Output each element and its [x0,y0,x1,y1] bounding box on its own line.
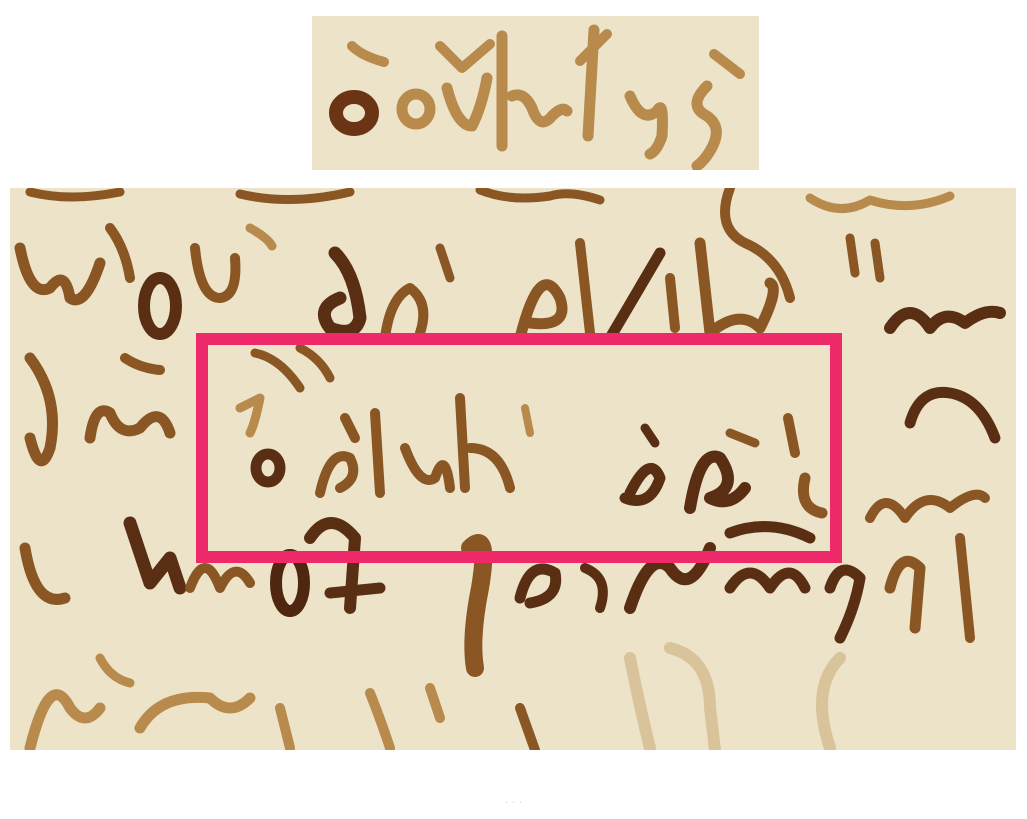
query-word-glyphs [312,16,759,170]
query-word-image [312,16,759,170]
match-highlight-box [196,333,842,563]
figure-caption: · · · [0,796,1027,809]
